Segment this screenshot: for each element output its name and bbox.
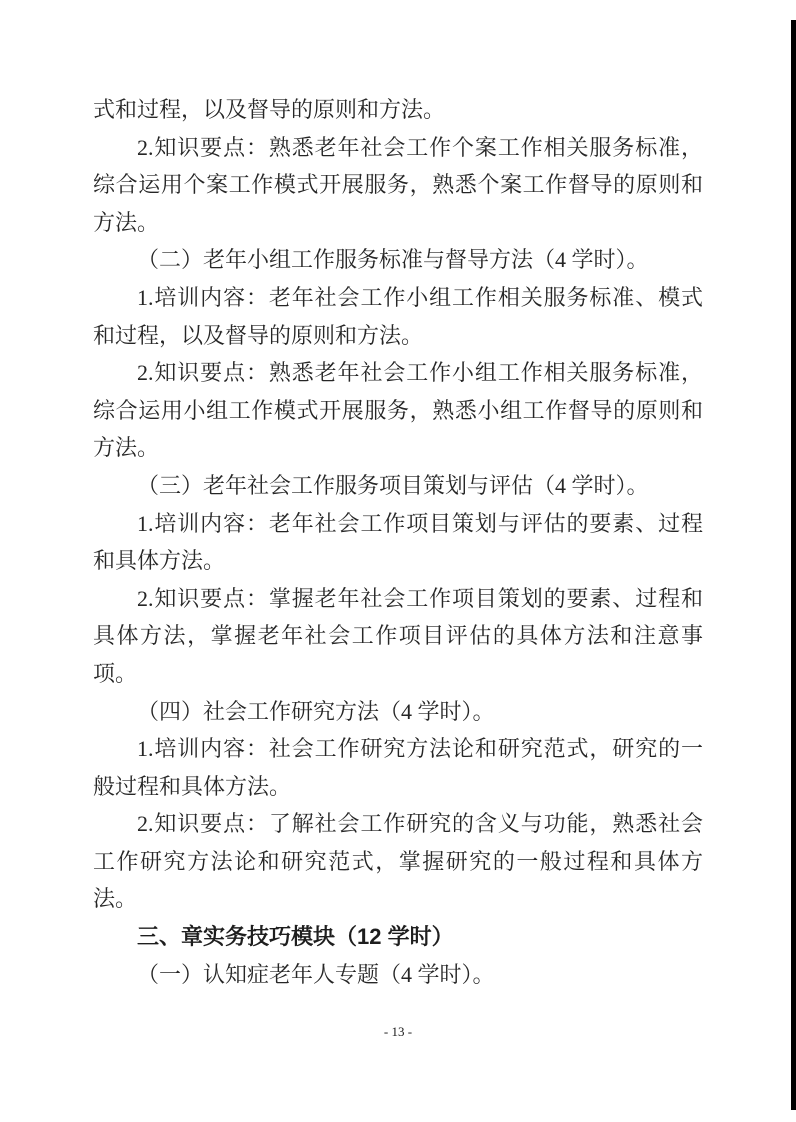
paragraph: （三）老年社会工作服务项目策划与评估（4 学时）。 — [93, 467, 703, 505]
scan-edge-artifact — [791, 20, 796, 1110]
page-number: - 13 - — [0, 1024, 796, 1040]
paragraph: 2.知识要点：了解社会工作研究的含义与功能，熟悉社会工作研究方法论和研究范式，掌… — [93, 805, 703, 918]
document-body: 式和过程，以及督导的原则和方法。2.知识要点：熟悉老年社会工作个案工作相关服务标… — [93, 91, 703, 993]
paragraph: 1.培训内容：老年社会工作项目策划与评估的要素、过程和具体方法。 — [93, 505, 703, 580]
section-heading: 三、章实务技巧模块（12 学时） — [93, 918, 703, 956]
paragraph: 2.知识要点：熟悉老年社会工作个案工作相关服务标准，综合运用个案工作模式开展服务… — [93, 129, 703, 242]
paragraph: 2.知识要点：掌握老年社会工作项目策划的要素、过程和具体方法，掌握老年社会工作项… — [93, 580, 703, 693]
paragraph: 式和过程，以及督导的原则和方法。 — [93, 91, 703, 129]
paragraph: 1.培训内容：社会工作研究方法论和研究范式，研究的一般过程和具体方法。 — [93, 730, 703, 805]
paragraph: 2.知识要点：熟悉老年社会工作小组工作相关服务标准，综合运用小组工作模式开展服务… — [93, 354, 703, 467]
paragraph: （一）认知症老年人专题（4 学时）。 — [93, 956, 703, 994]
paragraph: 1.培训内容：老年社会工作小组工作相关服务标准、模式和过程，以及督导的原则和方法… — [93, 279, 703, 354]
document-page: 式和过程，以及督导的原则和方法。2.知识要点：熟悉老年社会工作个案工作相关服务标… — [0, 0, 796, 1122]
paragraph: （四）社会工作研究方法（4 学时）。 — [93, 693, 703, 731]
paragraph: （二）老年小组工作服务标准与督导方法（4 学时）。 — [93, 241, 703, 279]
